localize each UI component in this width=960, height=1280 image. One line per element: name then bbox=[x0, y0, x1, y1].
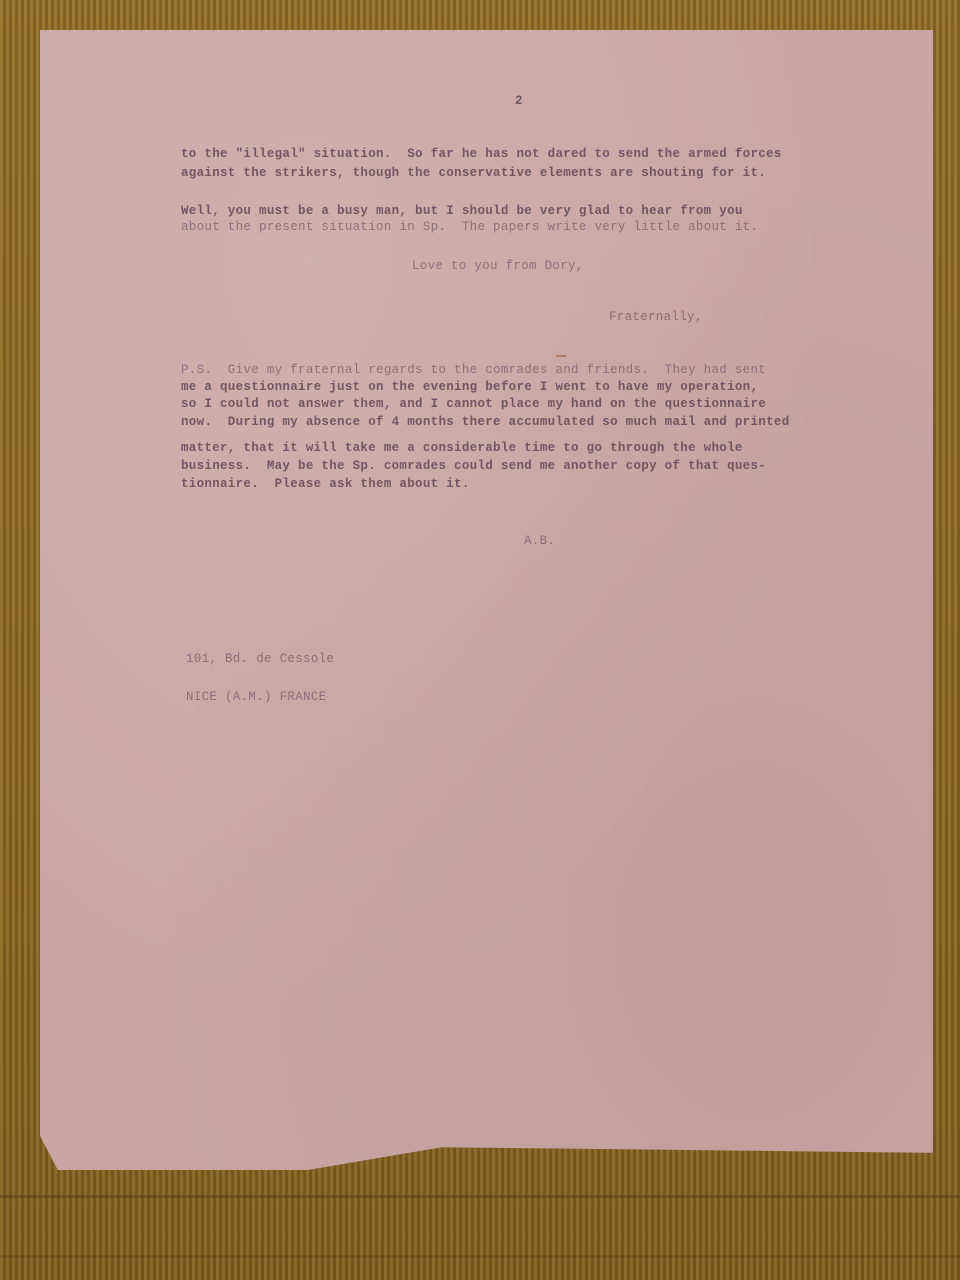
postscript-line-4: now. During my absence of 4 months there… bbox=[181, 414, 790, 431]
envelope-fold bbox=[0, 1195, 960, 1198]
letter-page bbox=[40, 30, 933, 1170]
postscript-line-2: me a questionnaire just on the evening b… bbox=[181, 379, 758, 396]
paragraph-2-line-2: about the present situation in Sp. The p… bbox=[181, 219, 758, 236]
paragraph-1-line-1: to the "illegal" situation. So far he ha… bbox=[181, 146, 782, 163]
postscript-line-3: so I could not answer them, and I cannot… bbox=[181, 396, 766, 413]
postscript-line-7: tionnaire. Please ask them about it. bbox=[181, 476, 470, 493]
page-number: 2 bbox=[515, 93, 523, 110]
signoff: Fraternally, bbox=[609, 309, 703, 326]
address-line-1: 101, Bd. de Cessole bbox=[186, 651, 334, 668]
postscript-line-5: matter, that it will take me a considera… bbox=[181, 440, 743, 457]
envelope-fold bbox=[0, 1255, 960, 1258]
paragraph-2-line-1: Well, you must be a busy man, but I shou… bbox=[181, 203, 743, 220]
postscript-line-1: P.S. Give my fraternal regards to the co… bbox=[181, 362, 766, 379]
address-line-2: NICE (A.M.) FRANCE bbox=[186, 689, 326, 706]
closing-line: Love to you from Dory, bbox=[412, 258, 584, 275]
signature: A.B. bbox=[524, 533, 555, 550]
postscript-line-6: business. May be the Sp. comrades could … bbox=[181, 458, 766, 475]
paragraph-1-line-2: against the strikers, though the conserv… bbox=[181, 165, 766, 182]
stray-mark bbox=[556, 355, 566, 357]
